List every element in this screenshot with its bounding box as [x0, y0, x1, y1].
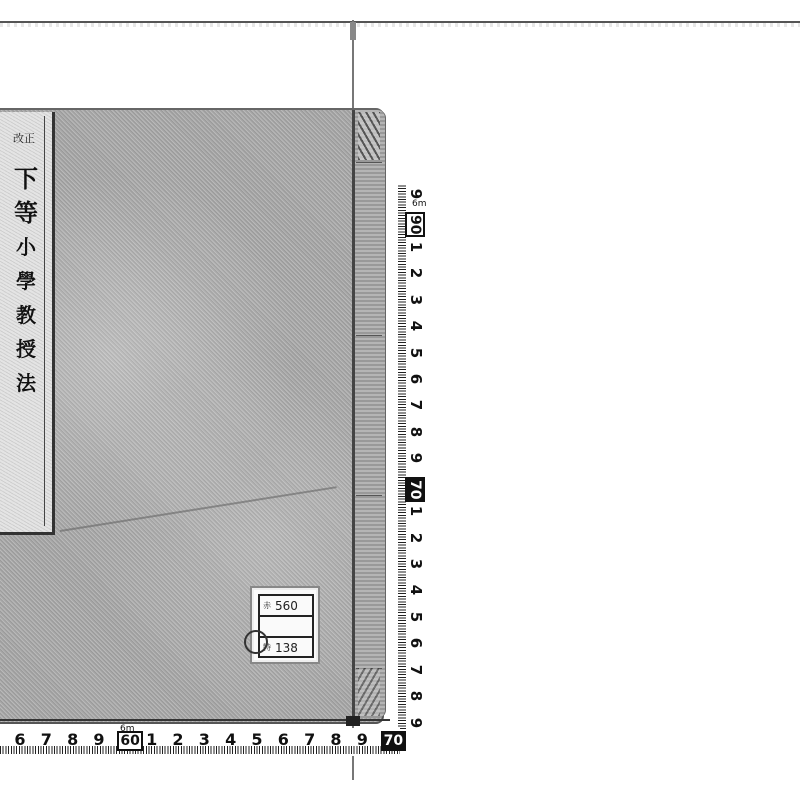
- title-character: 法: [16, 366, 36, 400]
- book-title: 下等小學教授法: [6, 162, 46, 400]
- binding-stitch: [356, 335, 382, 336]
- ruler-number: 8: [407, 424, 425, 440]
- cover-bottom-edge: [0, 719, 390, 721]
- ruler-number: 7: [302, 730, 318, 749]
- label-grid: 赤560特138: [258, 594, 314, 658]
- ruler-number: 70: [407, 477, 425, 493]
- title-character: 教: [16, 298, 36, 332]
- ruler-number: 2: [407, 530, 425, 546]
- label-number: 560: [275, 599, 298, 613]
- seal-stamp: [244, 630, 268, 654]
- ruler-number: 2: [407, 265, 425, 281]
- ruler-number: 6: [407, 371, 425, 387]
- ruler-number: 90: [407, 212, 425, 228]
- ruler-number: 2: [170, 730, 186, 749]
- horizontal-ruler: 678960123456789706m: [0, 728, 400, 756]
- ruler-number: 70: [381, 730, 397, 749]
- binding-stitch: [356, 495, 382, 496]
- ruler-number: 4: [223, 730, 239, 749]
- ruler-number: 1: [407, 239, 425, 255]
- ruler-ticks: [398, 185, 406, 740]
- ruler-unit: 6m: [120, 724, 135, 734]
- binding-stitch: [356, 162, 382, 163]
- book-cover: [0, 108, 384, 724]
- ruler-number: 8: [328, 730, 344, 749]
- title-character: 下: [14, 162, 38, 196]
- ruler-number: 7: [38, 730, 54, 749]
- ruler-number: 1: [407, 503, 425, 519]
- corner-cover-top: [358, 112, 380, 160]
- ruler-number: 8: [407, 688, 425, 704]
- ruler-unit: 6m: [412, 199, 427, 209]
- ruler-number: 4: [407, 318, 425, 334]
- label-row: [260, 617, 312, 638]
- title-character: 授: [16, 332, 36, 366]
- vertical-ruler: 990123456789701234567896m: [398, 185, 424, 740]
- ruler-number: 6: [407, 635, 425, 651]
- ruler-number: 3: [407, 292, 425, 308]
- title-character: 等: [14, 196, 38, 230]
- ruler-number: 6: [12, 730, 28, 749]
- title-character: 學: [16, 264, 36, 298]
- ruler-number: 9: [91, 730, 107, 749]
- ruler-number: 7: [407, 397, 425, 413]
- ruler-number: 7: [407, 662, 425, 678]
- title-character: 小: [16, 230, 36, 264]
- label-number: 138: [275, 641, 298, 655]
- ruler-number: 6: [275, 730, 291, 749]
- ruler-number: 4: [407, 582, 425, 598]
- title-header: 改正: [4, 130, 44, 146]
- ruler-number: 3: [407, 556, 425, 572]
- scan-top-texture: [0, 23, 800, 27]
- guide-tab: [350, 22, 356, 40]
- ruler-corner-marker: [346, 716, 360, 726]
- ruler-number: 9: [407, 715, 425, 731]
- corner-cover-bottom: [358, 668, 380, 716]
- ruler-number: 8: [65, 730, 81, 749]
- ruler-number: 1: [144, 730, 160, 749]
- ruler-number: 5: [407, 609, 425, 625]
- ruler-number: 5: [407, 345, 425, 361]
- label-row: 赤560: [260, 596, 312, 617]
- ruler-number: 3: [196, 730, 212, 749]
- label-prefix: 赤: [263, 600, 271, 611]
- ruler-number: 9: [354, 730, 370, 749]
- book-spine-binding: [352, 110, 386, 718]
- ruler-number: 5: [249, 730, 265, 749]
- ruler-number: 9: [407, 450, 425, 466]
